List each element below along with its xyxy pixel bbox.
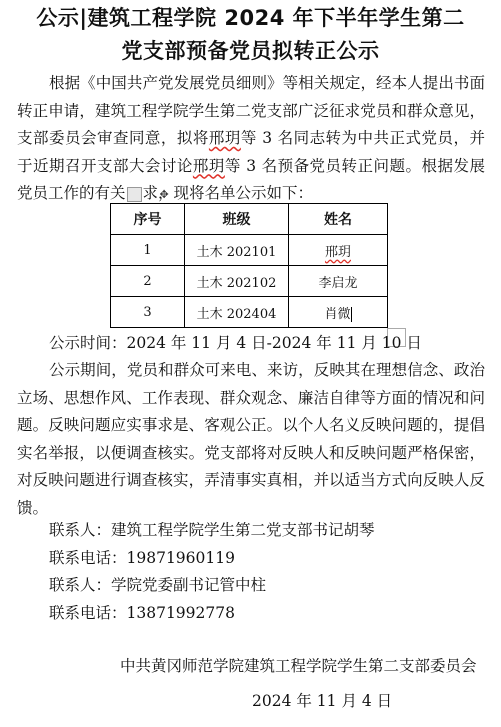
- signature-date: 2024 年 11 月 4 日: [252, 689, 392, 711]
- header-class: 班级: [185, 204, 289, 235]
- notice-paragraph: 公示期间，党员和群众可来电、来访，反映其在理想信念、政治立场、思想作风、工作表现…: [17, 357, 485, 522]
- candidate-table: 序号 班级 姓名 1 土木 202101 邢玥 2 土木 202102 李启龙 …: [110, 203, 388, 328]
- header-name: 姓名: [289, 204, 388, 235]
- cell-index[interactable]: 3: [111, 297, 185, 328]
- contact-phone-2: 联系电话：13871992778: [49, 600, 235, 628]
- document-title: 公示|建筑工程学院 2024 年下半年学生第二 党支部预备党员拟转正公示: [0, 2, 501, 68]
- contact-phone-1: 联系电话：19871960119: [49, 545, 235, 573]
- title-line-1: 公示|建筑工程学院 2024 年下半年学生第二: [0, 2, 501, 35]
- header-index: 序号: [111, 204, 185, 235]
- table-row: 3 土木 202404 肖微: [111, 297, 388, 328]
- cell-name[interactable]: 邢玥: [289, 235, 388, 266]
- table-row: 2 土木 202102 李启龙: [111, 266, 388, 297]
- spellcheck-name: 邢玥: [193, 157, 225, 175]
- cell-index[interactable]: 1: [111, 235, 185, 266]
- contact-person-2: 联系人：学院党委副书记管中柱: [49, 572, 266, 600]
- signature-organization: 中共黄冈师范学院建筑工程学院学生第二支部委员会: [120, 654, 477, 676]
- table-move-handle-icon[interactable]: ✥: [127, 187, 142, 202]
- name-text: 肖微: [324, 307, 350, 322]
- period-line: 公示时间：2024 年 11 月 4 日-2024 年 11 月 10 日: [17, 330, 485, 358]
- spellcheck-name: 邢玥: [209, 129, 241, 147]
- cell-name[interactable]: 肖微: [289, 297, 388, 328]
- intro-paragraph: 根据《中国共产党发展党员细则》等相关规定，经本人提出书面转正申请，建筑工程学院学…: [17, 70, 485, 208]
- title-line-2: 党支部预备党员拟转正公示: [0, 35, 501, 68]
- table-header-row: 序号 班级 姓名: [111, 204, 388, 235]
- spellcheck-name: 邢玥: [325, 245, 351, 260]
- cell-class[interactable]: 土木 202101: [185, 235, 289, 266]
- cell-class[interactable]: 土木 202102: [185, 266, 289, 297]
- cell-index[interactable]: 2: [111, 266, 185, 297]
- table-row: 1 土木 202101 邢玥: [111, 235, 388, 266]
- contact-person-1: 联系人：建筑工程学院学生第二党支部书记胡琴: [49, 517, 375, 545]
- cell-name[interactable]: 李启龙: [289, 266, 388, 297]
- intro-text-4: 求，现将名单公示如下：: [143, 184, 314, 202]
- cell-class[interactable]: 土木 202404: [185, 297, 289, 328]
- text-cursor: [351, 307, 352, 322]
